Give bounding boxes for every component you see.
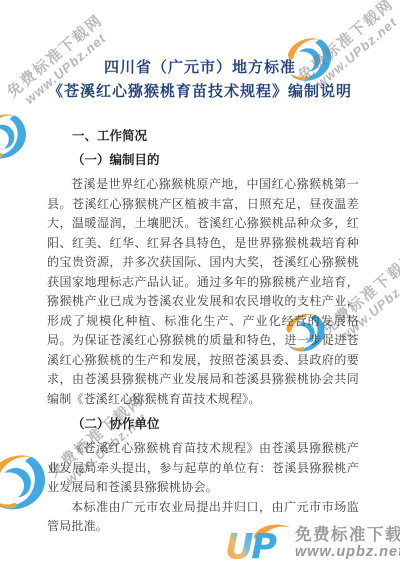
footer-text: 免费标准下载网 www.upbz.net [295, 526, 400, 560]
paragraph-2: 《苍溪红心猕猴桃育苗技术规程》由苍溪县猕猴桃产业发展局牵头提出，参与起草的单位有… [47, 439, 359, 498]
document-title-line1: 四川省（广元市）地方标准 [0, 56, 400, 80]
paragraph-1: 苍溪是世界红心猕猴桃原产地，中国红心猕猴桃第一县。苍溪红心猕猴桃产区植被丰富，日… [47, 175, 359, 409]
section-heading: 一、工作简况 [47, 128, 359, 145]
document-page: 免费标准下载网 www.UPbz.net 免费标准下载网 www.UPbz.ne… [0, 0, 400, 566]
up-logo-icon [0, 108, 30, 166]
document-title-line2: 《苍溪红心猕猴桃育苗技术规程》编制说明 [0, 80, 400, 104]
document-title: 四川省（广元市）地方标准 《苍溪红心猕猴桃育苗技术规程》编制说明 [0, 56, 400, 104]
footer-branding: 免费标准下载网 www.upbz.net [224, 520, 400, 566]
up-logo-icon [0, 448, 50, 518]
subsection-heading-1: （一）编制目的 [47, 152, 359, 169]
up-logo-icon [224, 520, 292, 566]
document-body: 一、工作简况 （一）编制目的 苍溪是世界红心猕猴桃原产地，中国红心猕猴桃第一县。… [47, 128, 359, 537]
footer-site-name: 免费标准下载网 [295, 526, 400, 544]
subsection-heading-2: （二）协作单位 [47, 416, 359, 433]
footer-site-url: www.upbz.net [295, 544, 400, 560]
